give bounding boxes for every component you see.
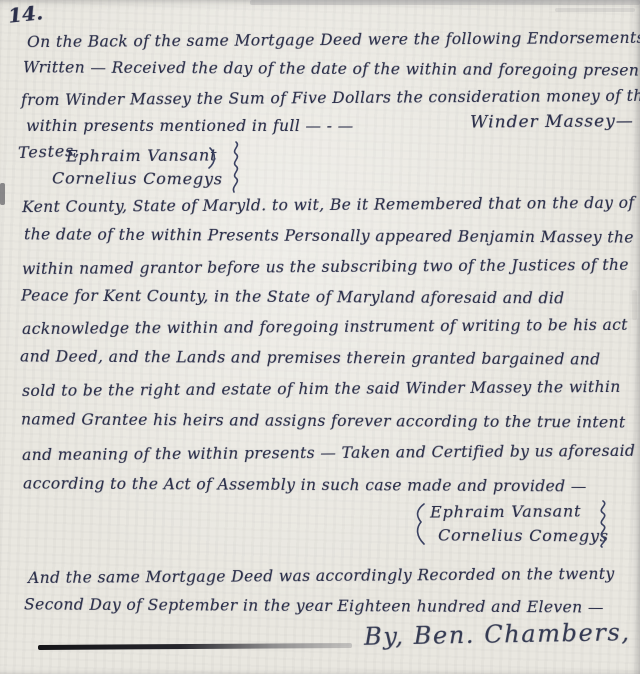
witness-brace-squiggle xyxy=(228,140,244,194)
scan-artifact xyxy=(250,0,640,5)
manuscript-line: Peace for Kent County, in the State of M… xyxy=(21,287,565,308)
justices-brace-squiggle xyxy=(594,499,612,549)
grantee-signature: Winder Massey— xyxy=(470,111,634,132)
manuscript-line: Written — Received the day of the date o… xyxy=(23,58,640,79)
manuscript-line: sold to be the right and estate of him t… xyxy=(22,378,621,400)
manuscript-line: within presents mentioned in full — - — xyxy=(26,117,354,135)
ink-rule-line xyxy=(38,643,352,649)
manuscript-line: Kent County, State of Maryld. to wit, Be… xyxy=(22,194,635,216)
witness-signature: Cornelius Comegys xyxy=(52,169,223,189)
clerk-signature: By, Ben. Chambers, Clk xyxy=(364,617,640,651)
justice-signature: Ephraim Vansant xyxy=(430,501,581,521)
manuscript-line: the date of the within Presents Personal… xyxy=(24,225,634,246)
manuscript-line: within named grantor before us the subsc… xyxy=(22,256,629,278)
witness-signature: Ephraim Vansant xyxy=(66,145,217,165)
document-page: 14. On the Back of the same Mortgage Dee… xyxy=(0,0,640,674)
justices-brace-left xyxy=(414,502,426,546)
manuscript-line: named Grantee his heirs and assigns fore… xyxy=(21,410,626,431)
scan-artifact xyxy=(632,290,637,320)
manuscript-line: and Deed, and the Lands and premises the… xyxy=(20,347,601,368)
witness-flourish xyxy=(206,146,218,170)
scan-artifact xyxy=(555,8,635,12)
manuscript-line: On the Back of the same Mortgage Deed we… xyxy=(27,29,640,51)
manuscript-line: from Winder Massey the Sum of Five Dolla… xyxy=(21,87,640,109)
scan-artifact xyxy=(0,183,5,205)
manuscript-line: And the same Mortgage Deed was according… xyxy=(28,565,615,587)
justice-signature: Cornelius Comegys xyxy=(438,526,609,546)
manuscript-line: according to the Act of Assembly in such… xyxy=(23,475,587,496)
page-number: 14. xyxy=(7,0,44,28)
manuscript-line: Second Day of September in the year Eigh… xyxy=(24,595,604,616)
manuscript-line: and meaning of the within presents — Tak… xyxy=(22,442,635,464)
manuscript-line: acknowledge the within and foregoing ins… xyxy=(22,316,628,338)
